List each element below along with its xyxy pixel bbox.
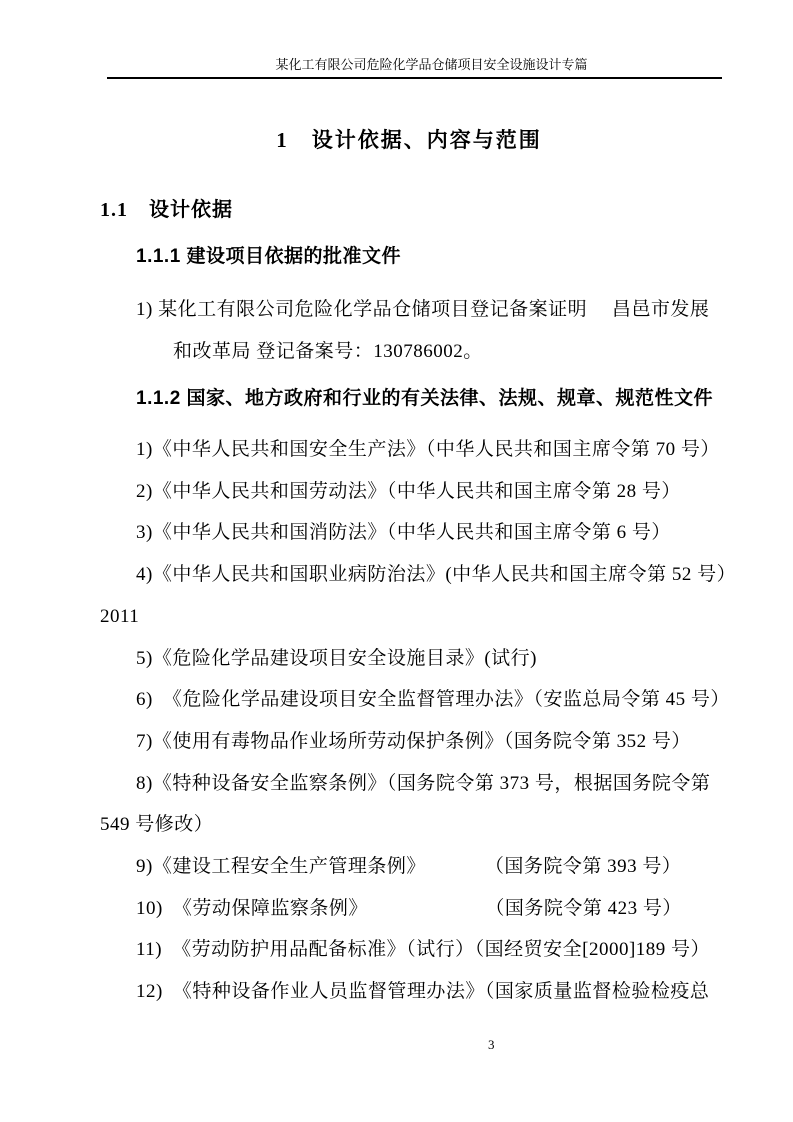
laws-list: 1)《中华人民共和国安全生产法》（中华人民共和国主席令第 70 号）2)《中华人…: [100, 429, 718, 1013]
approval-item-line-2: 和改革局 登记备案号：130786002。: [100, 331, 718, 373]
law-line: 11) 《劳动防护用品配备标准》（试行）（国经贸安全[2000]189 号）: [100, 929, 718, 971]
approval-item: 1) 某化工有限公司危险化学品仓储项目登记备案证明 昌邑市发展 和改革局 登记备…: [100, 289, 718, 373]
law-line: 5)《危险化学品建设项目安全设施目录》(试行): [100, 638, 718, 680]
approval-item-line-1: 1) 某化工有限公司危险化学品仓储项目登记备案证明 昌邑市发展: [100, 289, 718, 331]
law-line: 7)《使用有毒物品作业场所劳动保护条例》（国务院令第 352 号）: [100, 721, 718, 763]
law-line: 10) 《劳动保障监察条例》 （国务院令第 423 号）: [100, 888, 718, 930]
section-heading-1-1: 1.1 设计依据: [100, 189, 718, 231]
section-heading-1-1-1: 1.1.1 建设项目依据的批准文件: [100, 236, 718, 278]
law-line: 4)《中华人民共和国职业病防治法》(中华人民共和国主席令第 52 号）: [100, 554, 718, 596]
document-body: 1 设计依据、内容与范围 1.1 设计依据 1.1.1 建设项目依据的批准文件 …: [100, 0, 718, 1013]
law-line: 2011: [100, 596, 718, 638]
law-line: 1)《中华人民共和国安全生产法》（中华人民共和国主席令第 70 号）: [100, 429, 718, 471]
law-line: 2)《中华人民共和国劳动法》（中华人民共和国主席令第 28 号）: [100, 471, 718, 513]
law-line: 3)《中华人民共和国消防法》（中华人民共和国主席令第 6 号）: [100, 512, 718, 554]
law-line: 12) 《特种设备作业人员监督管理办法》（国家质量监督检验检疫总: [100, 971, 718, 1013]
section-heading-1-1-2: 1.1.2 国家、地方政府和行业的有关法律、法规、规章、规范性文件: [100, 378, 718, 420]
law-line: 8)《特种设备安全监察条例》（国务院令第 373 号，根据国务院令第: [100, 763, 718, 805]
law-line: 6) 《危险化学品建设项目安全监督管理办法》（安监总局令第 45 号）: [100, 679, 718, 721]
law-line: 9)《建设工程安全生产管理条例》 （国务院令第 393 号）: [100, 846, 718, 888]
chapter-title: 1 设计依据、内容与范围: [100, 119, 718, 161]
law-line: 549 号修改）: [100, 804, 718, 846]
document-page: 某化工有限公司危险化学品仓储项目安全设施设计专篇 1 设计依据、内容与范围 1.…: [0, 0, 793, 1122]
page-number: 3: [488, 1038, 495, 1052]
